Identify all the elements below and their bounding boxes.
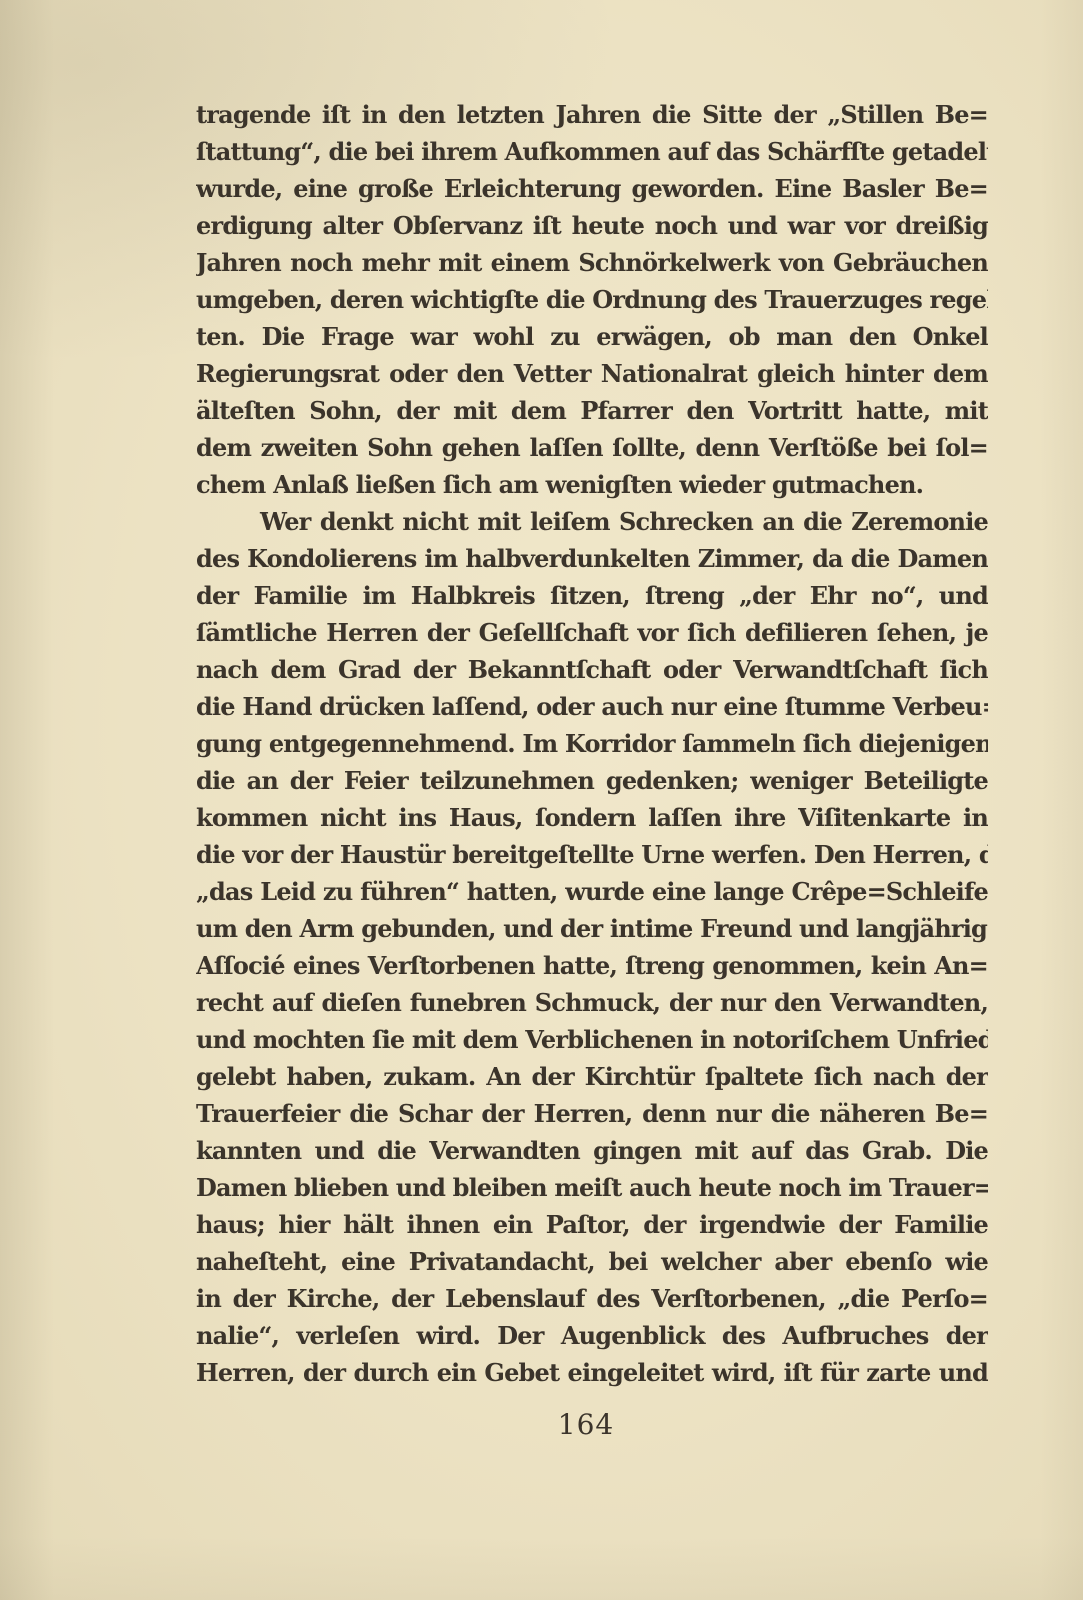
text-line: gelebt haben, zukam. An der Kirchtür ſpa…	[196, 1058, 988, 1095]
text-line: „das Leid zu führen“ hatten, wurde eine …	[196, 873, 988, 910]
text-line: haus; hier hält ihnen ein Paſtor, der ir…	[196, 1206, 988, 1243]
text-line: Damen blieben und bleiben meiſt auch heu…	[196, 1169, 988, 1206]
paragraph: tragende iſt in den letzten Jahren die S…	[196, 96, 988, 503]
text-line: recht auf dieſen funebren Schmuck, der n…	[196, 984, 988, 1021]
text-line: kommen nicht ins Haus, ſondern laſſen ih…	[196, 799, 988, 836]
text-line: Herren, der durch ein Gebet eingeleitet …	[196, 1354, 988, 1391]
text-line: tragende iſt in den letzten Jahren die S…	[196, 96, 988, 133]
book-page: tragende iſt in den letzten Jahren die S…	[0, 0, 1083, 1600]
text-line: ſämtliche Herren der Geſellſchaft vor ſi…	[196, 614, 988, 651]
text-line: nalie“, verleſen wird. Der Augenblick de…	[196, 1317, 988, 1354]
text-line: die vor der Haustür bereitgeſtellte Urne…	[196, 836, 988, 873]
text-line: in der Kirche, der Lebenslauf des Verſto…	[196, 1280, 988, 1317]
text-line: wurde, eine große Erleichterung geworden…	[196, 170, 988, 207]
text-line: die Hand drücken laſſend, oder auch nur …	[196, 688, 988, 725]
text-line: die an der Feier teilzunehmen gedenken; …	[196, 762, 988, 799]
text-line: kannten und die Verwandten gingen mit au…	[196, 1132, 988, 1169]
text-line: um den Arm gebunden, und der intime Freu…	[196, 910, 988, 947]
text-block: tragende iſt in den letzten Jahren die S…	[196, 96, 988, 1391]
text-line: nach dem Grad der Bekanntſchaft oder Ver…	[196, 651, 988, 688]
paragraph: Wer denkt nicht mit leiſem Schrecken an …	[196, 503, 988, 1391]
text-line: des Kondolierens im halbverdunkelten Zim…	[196, 540, 988, 577]
text-line: umgeben, deren wichtigſte die Ordnung de…	[196, 281, 988, 318]
text-line: Jahren noch mehr mit einem Schnörkelwerk…	[196, 244, 988, 281]
text-line: Aſſocié eines Verſtorbenen hatte, ſtreng…	[196, 947, 988, 984]
text-line: der Familie im Halbkreis ſitzen, ſtreng …	[196, 577, 988, 614]
text-line: älteſten Sohn, der mit dem Pfarrer den V…	[196, 392, 988, 429]
text-line: ſtattung“, die bei ihrem Aufkommen auf d…	[196, 133, 988, 170]
text-line: chem Anlaß ließen ſich am wenigſten wied…	[196, 466, 988, 503]
text-line: ten. Die Frage war wohl zu erwägen, ob m…	[196, 318, 988, 355]
text-line: Regierungsrat oder den Vetter Nationalra…	[196, 355, 988, 392]
text-line: erdigung alter Obſervanz iſt heute noch …	[196, 207, 988, 244]
text-line: und mochten ſie mit dem Verblichenen in …	[196, 1021, 988, 1058]
text-line: naheſteht, eine Privatandacht, bei welch…	[196, 1243, 988, 1280]
text-line: gung entgegennehmend. Im Korridor ſammel…	[196, 725, 988, 762]
text-line: Trauerfeier die Schar der Herren, denn n…	[196, 1095, 988, 1132]
text-line: Wer denkt nicht mit leiſem Schrecken an …	[196, 503, 988, 540]
page-number: 164	[190, 1408, 982, 1441]
text-line: dem zweiten Sohn gehen laſſen ſollte, de…	[196, 429, 988, 466]
